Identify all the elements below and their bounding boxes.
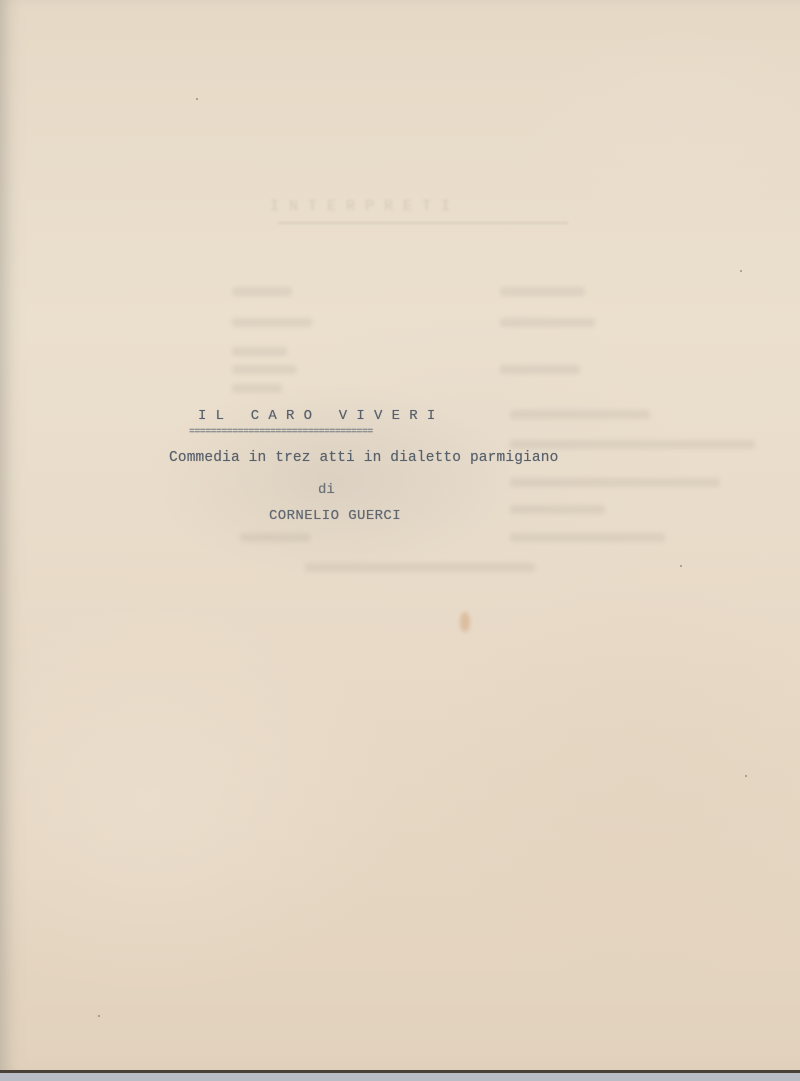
paper-speck <box>196 98 198 100</box>
showthrough-line <box>232 318 312 327</box>
paper-speck <box>745 775 747 777</box>
showthrough-line <box>510 440 755 449</box>
showthrough-line <box>232 287 292 296</box>
by-label: di <box>318 482 335 498</box>
showthrough-line <box>500 318 595 327</box>
showthrough-line <box>240 533 310 542</box>
showthrough-heading: INTERPRETI <box>270 198 460 215</box>
play-subtitle: Commedia in trez atti in dialetto parmig… <box>169 450 558 466</box>
showthrough-rule <box>278 222 568 224</box>
showthrough-line <box>510 410 650 419</box>
author-name: CORNELIO GUERCI <box>269 508 401 524</box>
showthrough-line <box>232 384 282 393</box>
showthrough-line <box>232 347 287 356</box>
showthrough-line <box>232 365 297 374</box>
showthrough-line <box>510 505 605 514</box>
typewritten-page: INTERPRETI IL CARO VIVERI ==============… <box>0 0 800 1073</box>
showthrough-line <box>305 563 535 572</box>
showthrough-line <box>510 533 665 542</box>
paper-speck <box>98 1015 100 1017</box>
showthrough-line <box>500 365 580 374</box>
paper-stain <box>460 612 470 632</box>
showthrough-line <box>500 287 585 296</box>
paper-speck <box>680 565 682 567</box>
title-underline: ================================== <box>189 427 373 438</box>
paper-speck <box>740 270 742 272</box>
play-title: IL CARO VIVERI <box>198 408 444 424</box>
showthrough-line <box>510 478 720 487</box>
